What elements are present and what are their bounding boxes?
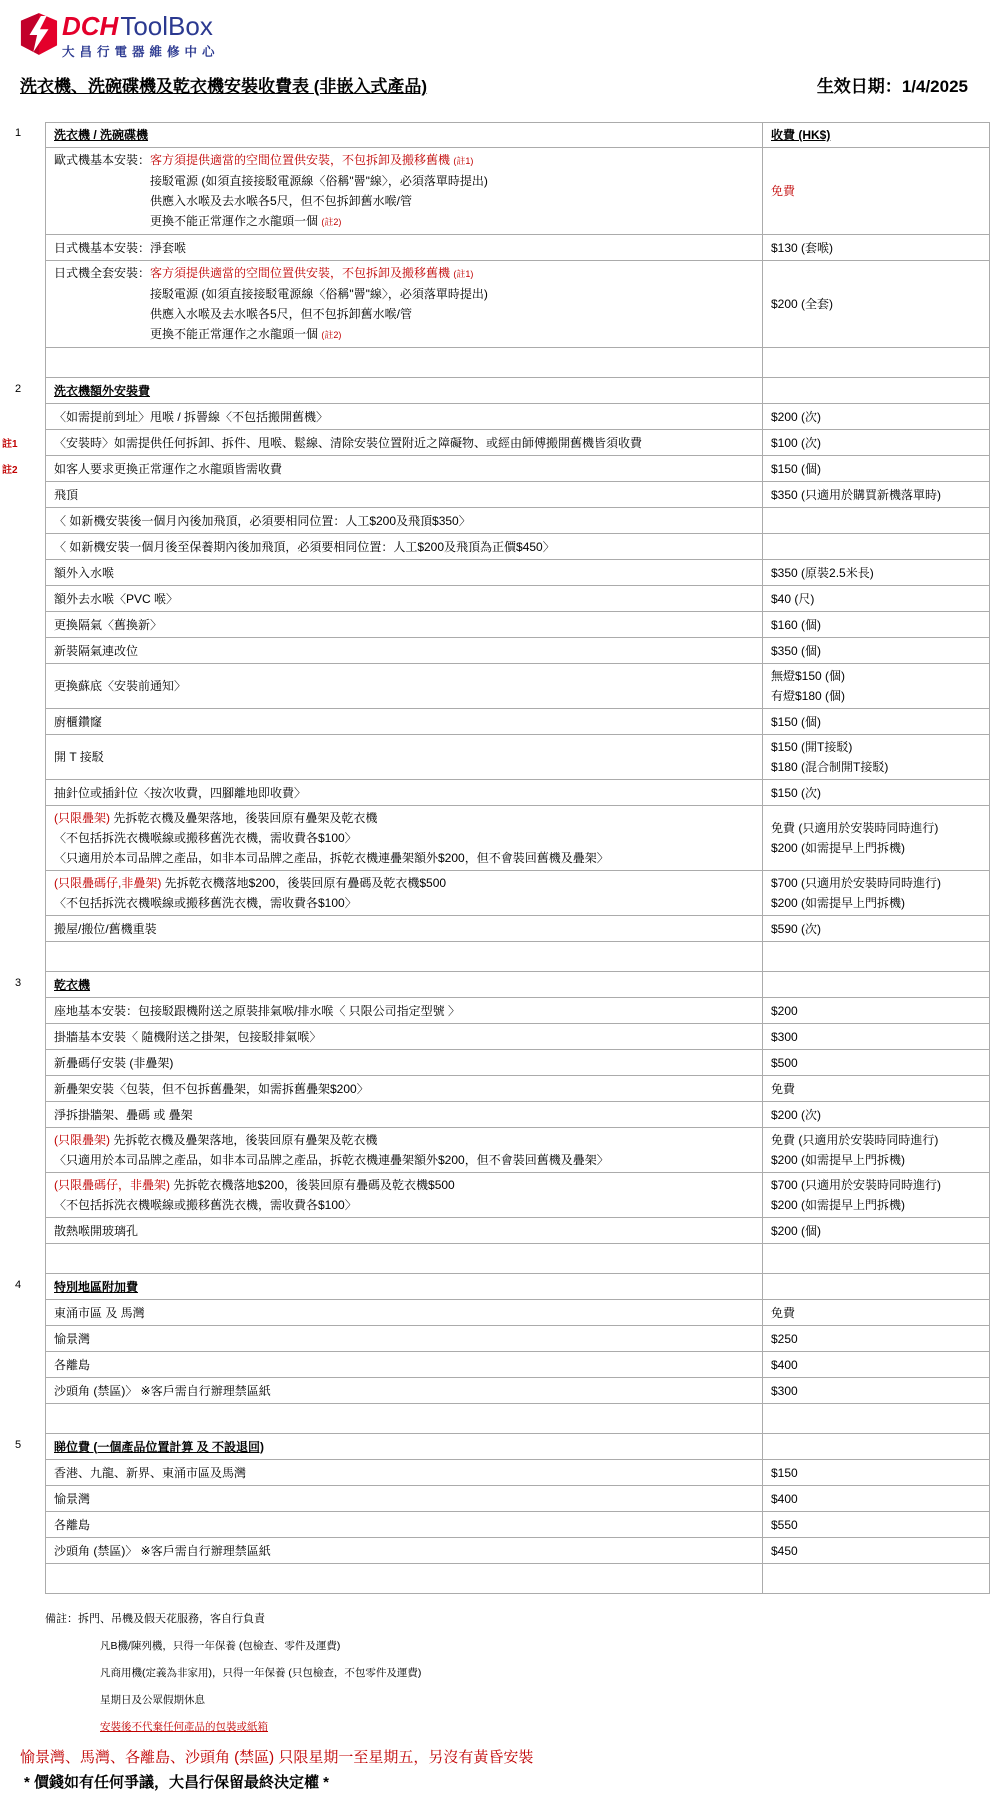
text-segment: 洗衣機 / 洗碗碟機 bbox=[54, 128, 148, 142]
cell-line: 洗衣機額外安裝費 bbox=[54, 381, 754, 401]
fee-item-cell: 額外入水喉 bbox=[45, 560, 763, 586]
cell-line: 〈 如新機安裝後一個月內後加飛頂，必須要相同位置：人工$200及飛頂$350〉 bbox=[54, 511, 754, 531]
fee-row: 〈 如新機安裝一個月後至保養期內後加飛頂，必須要相同位置：人工$200及飛頂為正… bbox=[0, 534, 990, 560]
text-segment: 乾衣機 bbox=[54, 978, 90, 992]
fee-price-cell bbox=[763, 348, 990, 378]
text-segment: 接駁電源 (如須直接接駁電源線〈俗稱"罾"線〉，必須落單時提出) bbox=[150, 174, 488, 188]
cell-line: 更換不能正常運作之水龍頭一個 (註2) bbox=[54, 211, 754, 232]
text-segment: (註1) bbox=[453, 269, 473, 279]
fee-price-cell: $700 (只適用於安裝時同時進行)$200 (如需提早上門拆機) bbox=[763, 871, 990, 916]
text-segment: $200 (如需提早上門拆機) bbox=[771, 1198, 905, 1212]
cell-line: $500 bbox=[771, 1053, 981, 1073]
text-segment: 〈不包括拆洗衣機喉線或搬移舊洗衣機，需收費各$100〉 bbox=[54, 896, 357, 910]
margin-gutter bbox=[0, 235, 45, 261]
margin-gutter bbox=[0, 1102, 45, 1128]
fee-item-cell bbox=[45, 1244, 763, 1274]
fee-item-cell: 座地基本安裝：包接駁跟機附送之原裝排氣喉/排水喉〈 只限公司指定型號 〉 bbox=[45, 998, 763, 1024]
cell-line: 〈不包括拆洗衣機喉線或搬移舊洗衣機，需收費各$100〉 bbox=[54, 828, 754, 848]
margin-gutter bbox=[0, 482, 45, 508]
page-title: 洗衣機、洗碗碟機及乾衣機安裝收費表 (非嵌入式產品) bbox=[20, 72, 427, 97]
cell-line: $400 bbox=[771, 1489, 981, 1509]
margin-gutter bbox=[0, 1218, 45, 1244]
margin-gutter bbox=[0, 916, 45, 942]
fee-row: (只限疊架) 先拆乾衣機及疊架落地，後裝回原有疊架及乾衣機〈只適用於本司品牌之產… bbox=[0, 1128, 990, 1173]
text-segment: 收費 (HK$) bbox=[771, 128, 830, 142]
text-segment: 洗衣機額外安裝費 bbox=[54, 384, 150, 398]
text-segment: 〈 如新機安裝一個月後至保養期內後加飛頂，必須要相同位置：人工$200及飛頂為正… bbox=[54, 540, 555, 554]
fee-row: 淨拆掛牆架、疊碼 或 疊架$200 (次) bbox=[0, 1102, 990, 1128]
fee-row: 註2如客人要求更換正常運作之水龍頭皆需收費$150 (個) bbox=[0, 456, 990, 482]
fee-row: 各離島$400 bbox=[0, 1352, 990, 1378]
fee-price-cell: 免費 bbox=[763, 148, 990, 235]
cell-line: $200 (次) bbox=[771, 1105, 981, 1125]
fee-item-cell: 各離島 bbox=[45, 1512, 763, 1538]
margin-gutter bbox=[0, 1486, 45, 1512]
text-segment: $500 bbox=[771, 1056, 798, 1070]
text-segment: $350 (個) bbox=[771, 644, 821, 658]
margin-gutter bbox=[0, 1024, 45, 1050]
text-segment: 愉景灣 bbox=[54, 1492, 90, 1506]
logo-text: DCH ToolBox 大昌行電器維修中心 bbox=[62, 12, 220, 60]
cell-line: 歐式機基本安裝：客方須提供適當的空間位置供安裝，不包拆卸及搬移舊機 (註1) bbox=[54, 150, 754, 171]
cell-line: $150 (個) bbox=[771, 459, 981, 479]
text-segment: $200 (次) bbox=[771, 1108, 821, 1122]
text-segment: $40 (尺) bbox=[771, 592, 814, 606]
margin-gutter bbox=[0, 508, 45, 534]
fee-row: 歐式機基本安裝：客方須提供適當的空間位置供安裝，不包拆卸及搬移舊機 (註1)接駁… bbox=[0, 148, 990, 235]
cell-line: 額外入水喉 bbox=[54, 563, 754, 583]
cell-line: (只限疊碼仔，非疊架) 先拆乾衣機落地$200，後裝回原有疊碼及乾衣機$500 bbox=[54, 1175, 754, 1195]
cell-line: 〈安裝時〉如需提供任何拆卸、拆件、甩喉、鬆線、清除安裝位置附近之障礙物、或經由師… bbox=[54, 433, 754, 453]
section-number: 4 bbox=[0, 1274, 45, 1300]
text-segment: $150 bbox=[771, 1466, 798, 1480]
margin-gutter bbox=[0, 1300, 45, 1326]
cell-line: 掛牆基本安裝〈 隨機附送之掛架，包接駁排氣喉〉 bbox=[54, 1027, 754, 1047]
text-segment: 免費 bbox=[771, 184, 795, 198]
fee-price-cell bbox=[763, 1434, 990, 1460]
cell-line: 〈 如新機安裝一個月後至保養期內後加飛頂，必須要相同位置：人工$200及飛頂為正… bbox=[54, 537, 754, 557]
text-segment: 愉景灣 bbox=[54, 1332, 90, 1346]
margin-gutter bbox=[0, 1378, 45, 1404]
fee-price-cell bbox=[763, 508, 990, 534]
cell-line: $300 bbox=[771, 1027, 981, 1047]
margin-gutter bbox=[0, 664, 45, 709]
logo-dch-text: DCH bbox=[62, 12, 118, 40]
footnote-line: 星期日及公眾假期休息 bbox=[100, 1693, 990, 1707]
cell-line: $200 (全套) bbox=[771, 294, 981, 314]
footnote-line: 凡B機/陳列機，只得一年保養 (包檢查、零件及運費) bbox=[100, 1639, 990, 1653]
fee-price-cell: $200 (次) bbox=[763, 1102, 990, 1128]
section-header-row: 1洗衣機 / 洗碗碟機收費 (HK$) bbox=[0, 122, 990, 148]
fee-price-cell: $150 (個) bbox=[763, 456, 990, 482]
cell-line: 免費 bbox=[771, 1079, 981, 1099]
fee-row: 沙頭角 (禁區)〉 ※客戶需自行辦理禁區紙$450 bbox=[0, 1538, 990, 1564]
cell-line: $350 (只適用於購買新機落單時) bbox=[771, 485, 981, 505]
section-number: 2 bbox=[0, 378, 45, 404]
fee-item-cell: 〈如需提前到址〉甩喉 / 拆罾線〈不包括搬開舊機〉 bbox=[45, 404, 763, 430]
text-segment: $700 (只適用於安裝時同時進行) bbox=[771, 1178, 941, 1192]
fee-row: 日式機基本安裝：淨套喉$130 (套喉) bbox=[0, 235, 990, 261]
fee-price-cell bbox=[763, 1404, 990, 1434]
section-number: 3 bbox=[0, 972, 45, 998]
fee-price-cell: 免費 bbox=[763, 1076, 990, 1102]
cell-line: $350 (個) bbox=[771, 641, 981, 661]
dch-toolbox-logo: DCH ToolBox 大昌行電器維修中心 bbox=[20, 12, 220, 60]
text-segment: $200 (如需提早上門拆機) bbox=[771, 841, 905, 855]
text-segment: 〈 如新機安裝後一個月內後加飛頂，必須要相同位置：人工$200及飛頂$350〉 bbox=[54, 514, 471, 528]
text-segment: 歐式機基本安裝： bbox=[54, 153, 150, 167]
fee-row: 愉景灣$250 bbox=[0, 1326, 990, 1352]
fee-price-cell: $590 (次) bbox=[763, 916, 990, 942]
fee-price-cell: $450 bbox=[763, 1538, 990, 1564]
text-segment: (只限疊架) bbox=[54, 1133, 110, 1147]
fee-item-cell: 飛頂 bbox=[45, 482, 763, 508]
cell-line: 各離島 bbox=[54, 1515, 754, 1535]
logo-subtitle: 大昌行電器維修中心 bbox=[62, 42, 220, 60]
text-segment: $150 (次) bbox=[771, 786, 821, 800]
effective-date-value: 1/4/2025 bbox=[902, 77, 968, 96]
text-segment: 〈安裝時〉如需提供任何拆卸、拆件、甩喉、鬆線、清除安裝位置附近之障礙物、或經由師… bbox=[54, 436, 642, 450]
fee-item-cell: 新裝隔氣連改位 bbox=[45, 638, 763, 664]
effective-date-label: 生效日期： bbox=[817, 77, 902, 96]
cell-line: $200 (如需提早上門拆機) bbox=[771, 1150, 981, 1170]
fee-price-cell: 免費 bbox=[763, 1300, 990, 1326]
text-segment: 沙頭角 (禁區)〉 ※客戶需自行辦理禁區紙 bbox=[54, 1384, 271, 1398]
cell-line: $180 (混合制開T接駁) bbox=[771, 757, 981, 777]
cell-line: 飛頂 bbox=[54, 485, 754, 505]
cell-line: 愉景灣 bbox=[54, 1489, 754, 1509]
text-segment: 〈只適用於本司品牌之產品，如非本司品牌之產品，拆乾衣機連疊架額外$200，但不會… bbox=[54, 851, 609, 865]
fee-price-cell: $350 (原裝2.5米長) bbox=[763, 560, 990, 586]
fee-price-cell: $200 (全套) bbox=[763, 261, 990, 348]
cell-line: 香港、九龍、新界、東涌市區及馬灣 bbox=[54, 1463, 754, 1483]
fee-price-cell: $400 bbox=[763, 1352, 990, 1378]
margin-gutter bbox=[0, 1564, 45, 1594]
cell-line: 座地基本安裝：包接駁跟機附送之原裝排氣喉/排水喉〈 只限公司指定型號 〉 bbox=[54, 1001, 754, 1021]
fee-item-cell: 更換隔氣〈舊換新〉 bbox=[45, 612, 763, 638]
cell-line: $200 (個) bbox=[771, 1221, 981, 1241]
fee-item-cell: 如客人要求更換正常運作之水龍頭皆需收費 bbox=[45, 456, 763, 482]
margin-gutter bbox=[0, 942, 45, 972]
cell-line: 淨拆掛牆架、疊碼 或 疊架 bbox=[54, 1105, 754, 1125]
footnotes: 備註：拆門、吊機及假天花服務，客自行負責凡B機/陳列機，只得一年保養 (包檢查、… bbox=[0, 1594, 990, 1793]
fee-item-cell: 〈安裝時〉如需提供任何拆卸、拆件、甩喉、鬆線、清除安裝位置附近之障礙物、或經由師… bbox=[45, 430, 763, 456]
fee-row: 各離島$550 bbox=[0, 1512, 990, 1538]
text-segment: (只限疊架) bbox=[54, 811, 110, 825]
cell-line: 愉景灣 bbox=[54, 1329, 754, 1349]
fee-item-cell: 洗衣機 / 洗碗碟機 bbox=[45, 122, 763, 148]
margin-gutter bbox=[0, 1050, 45, 1076]
text-segment: 客方須提供適當的空間位置供安裝，不包拆卸及搬移舊機 bbox=[150, 266, 453, 280]
section-number: 5 bbox=[0, 1434, 45, 1460]
footnote-line: 安裝後不代棄任何產品的包裝或紙箱 bbox=[100, 1720, 990, 1734]
margin-gutter bbox=[0, 148, 45, 235]
cell-line: 免費 (只適用於安裝時同時進行) bbox=[771, 1130, 981, 1150]
fee-row: 抽針位或插針位〈按次收費，四腳離地即收費〉$150 (次) bbox=[0, 780, 990, 806]
fee-price-cell: $160 (個) bbox=[763, 612, 990, 638]
cell-line: $590 (次) bbox=[771, 919, 981, 939]
cell-line: 〈只適用於本司品牌之產品，如非本司品牌之產品，拆乾衣機連疊架額外$200，但不會… bbox=[54, 1150, 754, 1170]
cell-line: (只限疊架) 先拆乾衣機及疊架落地，後裝回原有疊架及乾衣機 bbox=[54, 808, 754, 828]
text-segment: 掛牆基本安裝〈 隨機附送之掛架，包接駁排氣喉〉 bbox=[54, 1030, 321, 1044]
cell-line: $100 (次) bbox=[771, 433, 981, 453]
cell-line: 廚櫃鑽窿 bbox=[54, 712, 754, 732]
text-segment: 飛頂 bbox=[54, 488, 78, 502]
text-segment: $150 (個) bbox=[771, 715, 821, 729]
text-segment: 搬屋/搬位/舊機重裝 bbox=[54, 922, 157, 936]
cell-line: 沙頭角 (禁區)〉 ※客戶需自行辦理禁區紙 bbox=[54, 1381, 754, 1401]
fee-row: 〈 如新機安裝後一個月內後加飛頂，必須要相同位置：人工$200及飛頂$350〉 bbox=[0, 508, 990, 534]
fee-price-cell bbox=[763, 534, 990, 560]
cell-line: (只限疊架) 先拆乾衣機及疊架落地，後裝回原有疊架及乾衣機 bbox=[54, 1130, 754, 1150]
cell-line: $160 (個) bbox=[771, 615, 981, 635]
text-segment: 更換不能正常運作之水龍頭一個 bbox=[150, 327, 321, 341]
cell-line: 無燈$150 (個) bbox=[771, 666, 981, 686]
spacer-row bbox=[0, 942, 990, 972]
final-decision-note: * 價錢如有任何爭議，大昌行保留最終決定權 * bbox=[24, 1773, 990, 1793]
margin-gutter bbox=[0, 261, 45, 348]
text-segment: $250 bbox=[771, 1332, 798, 1346]
cell-line: 東涌市區 及 馬灣 bbox=[54, 1303, 754, 1323]
cell-line: 日式機基本安裝：淨套喉 bbox=[54, 238, 754, 258]
cell-line: 〈如需提前到址〉甩喉 / 拆罾線〈不包括搬開舊機〉 bbox=[54, 407, 754, 427]
fee-row: 沙頭角 (禁區)〉 ※客戶需自行辦理禁區紙$300 bbox=[0, 1378, 990, 1404]
cell-line: $250 bbox=[771, 1329, 981, 1349]
cell-line: $200 bbox=[771, 1001, 981, 1021]
cell-line: 各離島 bbox=[54, 1355, 754, 1375]
fee-item-cell: 淨拆掛牆架、疊碼 或 疊架 bbox=[45, 1102, 763, 1128]
section-number: 1 bbox=[0, 122, 45, 148]
fee-price-cell bbox=[763, 972, 990, 998]
margin-gutter bbox=[0, 1076, 45, 1102]
fee-item-cell bbox=[45, 942, 763, 972]
text-segment: $200 (個) bbox=[771, 1224, 821, 1238]
text-segment: 額外入水喉 bbox=[54, 566, 114, 580]
spacer-row bbox=[0, 1564, 990, 1594]
fee-row: 開 T 接駁$150 (開T接駁)$180 (混合制開T接駁) bbox=[0, 735, 990, 780]
fee-row: 掛牆基本安裝〈 隨機附送之掛架，包接駁排氣喉〉$300 bbox=[0, 1024, 990, 1050]
document-header: DCH ToolBox 大昌行電器維修中心 洗衣機、洗碗碟機及乾衣機安裝收費表 … bbox=[0, 0, 1000, 122]
cell-line: 睇位費 (一個產品位置計算 及 不設退回) bbox=[54, 1437, 754, 1457]
text-segment: 免費 bbox=[771, 1306, 795, 1320]
text-segment: 日式機基本安裝：淨套喉 bbox=[54, 241, 186, 255]
text-segment: 散熱喉開玻璃孔 bbox=[54, 1224, 138, 1238]
fee-row: 搬屋/搬位/舊機重裝$590 (次) bbox=[0, 916, 990, 942]
text-segment: 日式機全套安裝： bbox=[54, 266, 150, 280]
text-segment: 〈只適用於本司品牌之產品，如非本司品牌之產品，拆乾衣機連疊架額外$200，但不會… bbox=[54, 1153, 609, 1167]
text-segment: 免費 (只適用於安裝時同時進行) bbox=[771, 821, 938, 835]
cell-line: $200 (次) bbox=[771, 407, 981, 427]
fee-price-cell: 無燈$150 (個)有燈$180 (個) bbox=[763, 664, 990, 709]
cell-line: $150 (開T接駁) bbox=[771, 737, 981, 757]
fee-item-cell: 搬屋/搬位/舊機重裝 bbox=[45, 916, 763, 942]
text-segment: $150 (個) bbox=[771, 462, 821, 476]
cell-line: 抽針位或插針位〈按次收費，四腳離地即收費〉 bbox=[54, 783, 754, 803]
cell-line: $550 bbox=[771, 1515, 981, 1535]
text-segment: 免費 bbox=[771, 1082, 795, 1096]
cell-line: 免費 bbox=[771, 1303, 981, 1323]
fee-item-cell: 廚櫃鑽窿 bbox=[45, 709, 763, 735]
fee-item-cell: 新疊架安裝〈包裝，但不包拆舊疊架，如需拆舊疊架$200〉 bbox=[45, 1076, 763, 1102]
cell-line: 免費 (只適用於安裝時同時進行) bbox=[771, 818, 981, 838]
fee-item-cell: 〈 如新機安裝一個月後至保養期內後加飛頂，必須要相同位置：人工$200及飛頂為正… bbox=[45, 534, 763, 560]
cell-line: $200 (如需提早上門拆機) bbox=[771, 1195, 981, 1215]
fee-item-cell: 愉景灣 bbox=[45, 1486, 763, 1512]
cell-line: (只限疊碼仔,非疊架) 先拆乾衣機落地$200，後裝回原有疊碼及乾衣機$500 bbox=[54, 873, 754, 893]
fee-price-cell: $700 (只適用於安裝時同時進行)$200 (如需提早上門拆機) bbox=[763, 1173, 990, 1218]
cell-line: $150 (次) bbox=[771, 783, 981, 803]
fee-price-cell: 免費 (只適用於安裝時同時進行)$200 (如需提早上門拆機) bbox=[763, 806, 990, 871]
cell-line: 〈不包括拆洗衣機喉線或搬移舊洗衣機，需收費各$100〉 bbox=[54, 1195, 754, 1215]
fee-price-cell: $130 (套喉) bbox=[763, 235, 990, 261]
fee-price-cell bbox=[763, 1244, 990, 1274]
fee-price-cell: $350 (個) bbox=[763, 638, 990, 664]
text-segment: $300 bbox=[771, 1384, 798, 1398]
fee-item-cell: 抽針位或插針位〈按次收費，四腳離地即收費〉 bbox=[45, 780, 763, 806]
text-segment: 先拆乾衣機及疊架落地，後裝回原有疊架及乾衣機 bbox=[110, 811, 377, 825]
margin-gutter bbox=[0, 348, 45, 378]
text-segment: $200 (如需提早上門拆機) bbox=[771, 896, 905, 910]
fee-item-cell: 散熱喉開玻璃孔 bbox=[45, 1218, 763, 1244]
text-segment: 先拆乾衣機落地$200，後裝回原有疊碼及乾衣機$500 bbox=[161, 876, 446, 890]
text-segment: $130 (套喉) bbox=[771, 241, 833, 255]
cell-line: $350 (原裝2.5米長) bbox=[771, 563, 981, 583]
margin-gutter bbox=[0, 404, 45, 430]
cell-line: $150 bbox=[771, 1463, 981, 1483]
restricted-area-warning: 愉景灣、馬灣、各離島、沙頭角 (禁區) 只限星期一至星期五，另沒有黃昏安裝 bbox=[20, 1748, 990, 1768]
fee-price-cell: $300 bbox=[763, 1024, 990, 1050]
text-segment: 新裝隔氣連改位 bbox=[54, 644, 138, 658]
text-segment: 開 T 接駁 bbox=[54, 750, 104, 764]
section-header-row: 5睇位費 (一個產品位置計算 及 不設退回) bbox=[0, 1434, 990, 1460]
margin-gutter bbox=[0, 1512, 45, 1538]
fee-row: 座地基本安裝：包接駁跟機附送之原裝排氣喉/排水喉〈 只限公司指定型號 〉$200 bbox=[0, 998, 990, 1024]
text-segment: $200 (次) bbox=[771, 410, 821, 424]
footnote-line: 凡商用機(定義為非家用)，只得一年保養 (只包檢查，不包零件及運費) bbox=[100, 1666, 990, 1680]
cell-line: 乾衣機 bbox=[54, 975, 754, 995]
text-segment: 有燈$180 (個) bbox=[771, 689, 845, 703]
fee-item-cell bbox=[45, 1564, 763, 1594]
spacer-row bbox=[0, 1244, 990, 1274]
logo-toolbox-text: ToolBox bbox=[120, 12, 213, 40]
margin-gutter bbox=[0, 1460, 45, 1486]
margin-gutter bbox=[0, 780, 45, 806]
text-segment: 淨拆掛牆架、疊碼 或 疊架 bbox=[54, 1108, 193, 1122]
effective-date: 生效日期：1/4/2025 bbox=[817, 72, 968, 97]
fee-price-cell: 免費 (只適用於安裝時同時進行)$200 (如需提早上門拆機) bbox=[763, 1128, 990, 1173]
text-segment: 先拆乾衣機落地$200，後裝回原有疊碼及乾衣機$500 bbox=[170, 1178, 455, 1192]
fee-item-cell: 沙頭角 (禁區)〉 ※客戶需自行辦理禁區紙 bbox=[45, 1378, 763, 1404]
spacer-row bbox=[0, 348, 990, 378]
text-segment: (註2) bbox=[321, 217, 341, 227]
cell-line: 新疊架安裝〈包裝，但不包拆舊疊架，如需拆舊疊架$200〉 bbox=[54, 1079, 754, 1099]
dch-cube-lightning-icon bbox=[20, 12, 58, 56]
cell-line: $200 (如需提早上門拆機) bbox=[771, 838, 981, 858]
text-segment: 東涌市區 及 馬灣 bbox=[54, 1306, 145, 1320]
price-table-document: DCH ToolBox 大昌行電器維修中心 洗衣機、洗碗碟機及乾衣機安裝收費表 … bbox=[0, 0, 1000, 1793]
fee-price-cell: $200 (個) bbox=[763, 1218, 990, 1244]
fee-item-cell: 洗衣機額外安裝費 bbox=[45, 378, 763, 404]
spacer-row bbox=[0, 1404, 990, 1434]
cell-line: 更換蘇底〈安裝前通知〉 bbox=[54, 676, 754, 696]
fee-row: 愉景灣$400 bbox=[0, 1486, 990, 1512]
text-segment: 額外去水喉〈PVC 喉〉 bbox=[54, 592, 178, 606]
text-segment: $350 (只適用於購買新機落單時) bbox=[771, 488, 941, 502]
text-segment: 睇位費 (一個產品位置計算 及 不設退回) bbox=[54, 1440, 264, 1454]
fee-item-cell: 乾衣機 bbox=[45, 972, 763, 998]
text-segment: 新疊架安裝〈包裝，但不包拆舊疊架，如需拆舊疊架$200〉 bbox=[54, 1082, 369, 1096]
text-segment: $300 bbox=[771, 1030, 798, 1044]
fee-row: 額外去水喉〈PVC 喉〉$40 (尺) bbox=[0, 586, 990, 612]
fee-row: 散熱喉開玻璃孔$200 (個) bbox=[0, 1218, 990, 1244]
cell-line: 更換隔氣〈舊換新〉 bbox=[54, 615, 754, 635]
fee-row: 日式機全套安裝：客方須提供適當的空間位置供安裝，不包拆卸及搬移舊機 (註1)接駁… bbox=[0, 261, 990, 348]
text-segment: $100 (次) bbox=[771, 436, 821, 450]
fee-item-cell: 睇位費 (一個產品位置計算 及 不設退回) bbox=[45, 1434, 763, 1460]
fee-row: 更換蘇底〈安裝前通知〉無燈$150 (個)有燈$180 (個) bbox=[0, 664, 990, 709]
fee-price-cell: $250 bbox=[763, 1326, 990, 1352]
text-segment: (只限疊碼仔，非疊架) bbox=[54, 1178, 170, 1192]
text-segment: 香港、九龍、新界、東涌市區及馬灣 bbox=[54, 1466, 246, 1480]
fee-item-cell: (只限疊碼仔，非疊架) 先拆乾衣機落地$200，後裝回原有疊碼及乾衣機$500〈… bbox=[45, 1173, 763, 1218]
fee-row: 廚櫃鑽窿$150 (個) bbox=[0, 709, 990, 735]
text-segment: 供應入水喉及去水喉各5尺，但不包拆卸舊水喉/管 bbox=[150, 194, 412, 208]
fee-row: 註1〈安裝時〉如需提供任何拆卸、拆件、甩喉、鬆線、清除安裝位置附近之障礙物、或經… bbox=[0, 430, 990, 456]
text-segment: (只限疊碼仔,非疊架) bbox=[54, 876, 161, 890]
fee-item-cell: 歐式機基本安裝：客方須提供適當的空間位置供安裝，不包拆卸及搬移舊機 (註1)接駁… bbox=[45, 148, 763, 235]
text-segment: $200 (全套) bbox=[771, 297, 833, 311]
text-segment: 接駁電源 (如須直接接駁電源線〈俗稱"罾"線〉，必須落單時提出) bbox=[150, 287, 488, 301]
fee-row: 額外入水喉$350 (原裝2.5米長) bbox=[0, 560, 990, 586]
cell-line: 有燈$180 (個) bbox=[771, 686, 981, 706]
fee-price-cell: $150 (開T接駁)$180 (混合制開T接駁) bbox=[763, 735, 990, 780]
fee-row: 飛頂$350 (只適用於購買新機落單時) bbox=[0, 482, 990, 508]
fee-price-cell: $150 (次) bbox=[763, 780, 990, 806]
fee-price-cell: $100 (次) bbox=[763, 430, 990, 456]
fee-item-cell: 更換蘇底〈安裝前通知〉 bbox=[45, 664, 763, 709]
fee-item-cell bbox=[45, 1404, 763, 1434]
text-segment: 〈不包括拆洗衣機喉線或搬移舊洗衣機，需收費各$100〉 bbox=[54, 1198, 357, 1212]
cell-line: $700 (只適用於安裝時同時進行) bbox=[771, 873, 981, 893]
fee-item-cell: 額外去水喉〈PVC 喉〉 bbox=[45, 586, 763, 612]
cell-line: $300 bbox=[771, 1381, 981, 1401]
fee-row: 新疊架安裝〈包裝，但不包拆舊疊架，如需拆舊疊架$200〉免費 bbox=[0, 1076, 990, 1102]
text-segment: $400 bbox=[771, 1492, 798, 1506]
text-segment: $200 bbox=[771, 1004, 798, 1018]
text-segment: 座地基本安裝：包接駁跟機附送之原裝排氣喉/排水喉〈 只限公司指定型號 〉 bbox=[54, 1004, 460, 1018]
cell-line: 搬屋/搬位/舊機重裝 bbox=[54, 919, 754, 939]
cell-line: 供應入水喉及去水喉各5尺，但不包拆卸舊水喉/管 bbox=[54, 191, 754, 211]
text-segment: 先拆乾衣機及疊架落地，後裝回原有疊架及乾衣機 bbox=[110, 1133, 377, 1147]
text-segment: $160 (個) bbox=[771, 618, 821, 632]
fee-item-cell: 香港、九龍、新界、東涌市區及馬灣 bbox=[45, 1460, 763, 1486]
cell-line: $40 (尺) bbox=[771, 589, 981, 609]
margin-gutter bbox=[0, 586, 45, 612]
text-segment: 更換隔氣〈舊換新〉 bbox=[54, 618, 162, 632]
fee-item-cell: 沙頭角 (禁區)〉 ※客戶需自行辦理禁區紙 bbox=[45, 1538, 763, 1564]
text-segment: $350 (原裝2.5米長) bbox=[771, 566, 874, 580]
text-segment: $700 (只適用於安裝時同時進行) bbox=[771, 876, 941, 890]
fee-row: 東涌市區 及 馬灣免費 bbox=[0, 1300, 990, 1326]
cell-line: $130 (套喉) bbox=[771, 238, 981, 258]
cell-line: 新裝隔氣連改位 bbox=[54, 641, 754, 661]
fee-item-cell: (只限疊碼仔,非疊架) 先拆乾衣機落地$200，後裝回原有疊碼及乾衣機$500〈… bbox=[45, 871, 763, 916]
fee-item-cell: (只限疊架) 先拆乾衣機及疊架落地，後裝回原有疊架及乾衣機〈不包括拆洗衣機喉線或… bbox=[45, 806, 763, 871]
text-segment: 〈不包括拆洗衣機喉線或搬移舊洗衣機，需收費各$100〉 bbox=[54, 831, 357, 845]
fee-item-cell: 日式機基本安裝：淨套喉 bbox=[45, 235, 763, 261]
cell-line: 接駁電源 (如須直接接駁電源線〈俗稱"罾"線〉，必須落單時提出) bbox=[54, 171, 754, 191]
text-segment: 廚櫃鑽窿 bbox=[54, 715, 102, 729]
